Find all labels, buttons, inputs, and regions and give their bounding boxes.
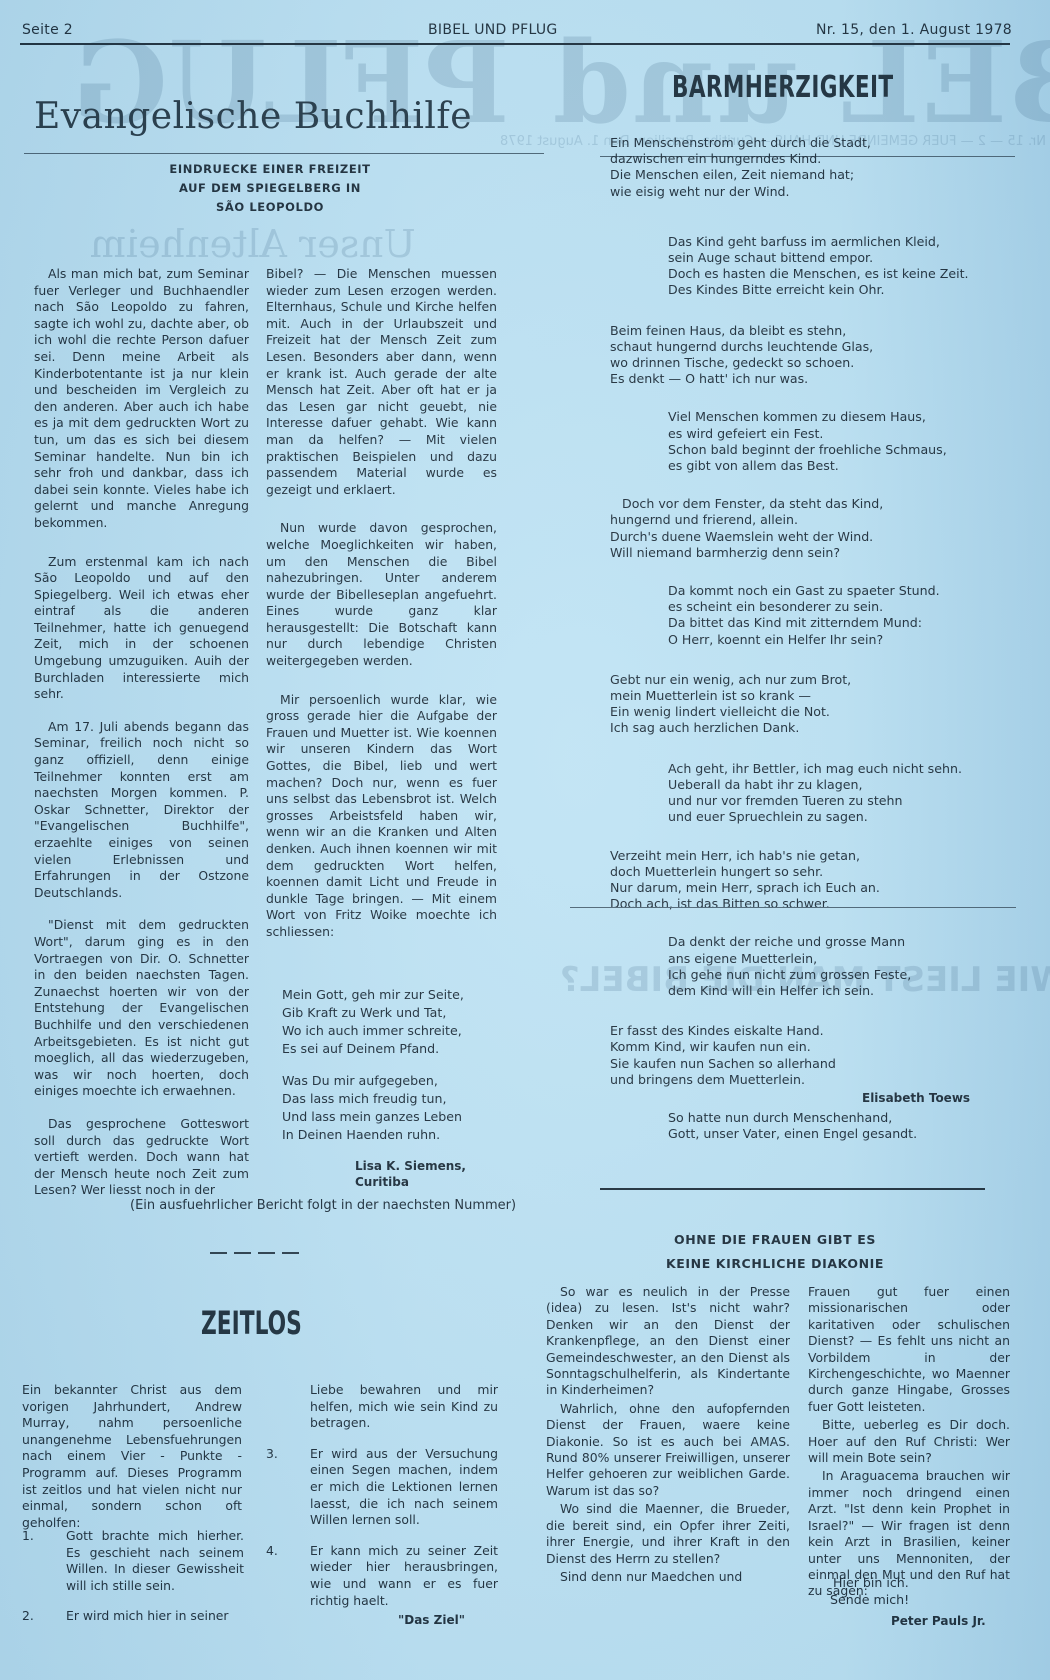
poem-line: Die Menschen eilen, Zeit niemand hat;: [610, 167, 969, 183]
divider: [24, 153, 544, 154]
poem-line: Nur darum, mein Herr, sprach ich Euch an…: [610, 880, 969, 896]
page-number: Seite 2: [22, 22, 73, 38]
poem-line: es gibt von allem das Best.: [668, 458, 969, 474]
poem-line: Gebt nur ein wenig, ach nur zum Brot,: [610, 672, 969, 688]
poem-line: Das Kind geht barfuss im aermlichen Klei…: [668, 234, 969, 250]
poem-line: Mein Gott, geh mir zur Seite,: [282, 986, 464, 1004]
poem-stanza: Ach geht, ihr Bettler, ich mag euch nich…: [610, 761, 969, 826]
zeitlos-list-col1: 1. Gott brachte mich hierher. Es geschie…: [18, 1528, 244, 1639]
poem-line: dazwischen ein hungerndes Kind.: [610, 151, 969, 167]
zeitlos-list-col2: Liebe bewahren und mir helfen, mich wie …: [262, 1382, 498, 1623]
poem-line: Des Kindes Bitte erreicht kein Ohr.: [668, 282, 969, 298]
poem-line: wie eisig weht nur der Wind.: [610, 184, 969, 200]
poem-stanza: So hatte nun durch Menschenhand,Gott, un…: [610, 1110, 969, 1142]
list-number: 3.: [262, 1446, 310, 1529]
poem-line: O Herr, koennt ein Helfer Ihr sein?: [668, 632, 969, 648]
list-item: Liebe bewahren und mir helfen, mich wie …: [262, 1382, 498, 1432]
subtitle-line: EINDRUECKE EINER FREIZEIT: [120, 160, 420, 179]
list-number: [262, 1382, 310, 1432]
list-number: 1.: [18, 1528, 66, 1594]
list-text: Liebe bewahren und mir helfen, mich wie …: [310, 1382, 498, 1432]
poem-line: Und lass mein ganzes Leben: [282, 1108, 464, 1126]
author-lisa-siemens: Lisa K. Siemens, Curitiba: [355, 1158, 466, 1190]
author-peter-pauls: Peter Pauls Jr.: [891, 1613, 986, 1629]
paragraph: Frauen gut fuer einen missionarischen od…: [808, 1284, 1010, 1415]
buchhilfe-column-2: Bibel? — Die Menschen muessen wieder zum…: [266, 266, 497, 957]
poem-line: Es denkt — O hatt' ich nur was.: [610, 371, 969, 387]
poem-line: Will niemand barmherzig denn sein?: [610, 545, 969, 561]
author-place: Curitiba: [355, 1174, 466, 1190]
poem-line: Doch es hasten die Menschen, es ist kein…: [668, 266, 969, 282]
poem-line: So hatte nun durch Menschenhand,: [668, 1110, 969, 1126]
paragraph: Am 17. Juli abends begann das Seminar, f…: [34, 719, 249, 902]
poem-stanza: Da kommt noch ein Gast zu spaeter Stund.…: [610, 583, 969, 648]
list-number: 4.: [262, 1543, 310, 1609]
poem-line: dem Kind will ein Helfer ich sein.: [668, 983, 969, 999]
publication-name: BIBEL UND PFLUG: [428, 22, 558, 38]
poem-line: es wird gefeiert ein Fest.: [668, 426, 969, 442]
article-title-barmherzigkeit: BARMHERZIGKEIT: [672, 70, 894, 105]
paragraph: Wahrlich, ohne den aufopfernden Dienst d…: [546, 1401, 790, 1499]
poem-line: Er fasst des Kindes eiskalte Hand.: [610, 1023, 969, 1039]
list-text: Er wird mich hier in seiner: [66, 1608, 244, 1625]
poem-line: mein Muetterlein ist so krank —: [610, 688, 969, 704]
barmherzigkeit-poem: Ein Menschenstrom geht durch die Stadt,d…: [610, 135, 969, 1142]
subtitle-line: AUF DEM SPIEGELBERG IN: [120, 179, 420, 198]
poem-line: und bringens dem Muetterlein.: [610, 1072, 969, 1088]
paragraph: Zum erstenmal kam ich nach São Leopoldo …: [34, 554, 249, 703]
poem-stanza: Ein Menschenstrom geht durch die Stadt,d…: [610, 135, 969, 200]
newspaper-page: BIBEL und PFLUG Nr. 15 — 2 — FUER GEMEIN…: [0, 0, 1050, 1680]
poem-line: wo drinnen Tische, gedeckt so schoen.: [610, 355, 969, 371]
poem-line: sein Auge schaut bittend empor.: [668, 250, 969, 266]
paragraph: Mir persoenlich wurde klar, wie gross ge…: [266, 692, 497, 941]
article-title-zeitlos: ZEITLOS: [201, 1304, 302, 1342]
list-text: Gott brachte mich hierher. Es geschieht …: [66, 1528, 244, 1594]
buchhilfe-column-1: Als man mich bat, zum Seminar fuer Verle…: [34, 266, 249, 1199]
frauen-column-2: Frauen gut fuer einen missionarischen od…: [808, 1284, 1010, 1602]
poem-line: es scheint ein besonderer zu sein.: [668, 599, 969, 615]
poem-stanza: Er fasst des Kindes eiskalte Hand.Komm K…: [610, 1023, 969, 1088]
poem-stanza: Viel Menschen kommen zu diesem Haus,es w…: [610, 409, 969, 474]
poem-line: ans eigene Muetterlein,: [668, 951, 969, 967]
poem-line: Da bittet das Kind mit zitterndem Mund:: [668, 615, 969, 631]
source-das-ziel: "Das Ziel": [398, 1612, 465, 1628]
article-title-buchhilfe: Evangelische Buchhilfe: [34, 96, 472, 137]
author-elisabeth-toews: Elisabeth Toews: [862, 1090, 970, 1106]
list-text: Er kann mich zu seiner Zeit wieder hier …: [310, 1543, 498, 1609]
divider: [600, 1188, 985, 1190]
poem-stanza: Verzeiht mein Herr, ich hab's nie getan,…: [610, 848, 969, 913]
section-separator: [210, 1252, 300, 1254]
poem-stanza: Beim feinen Haus, da bleibt es stehn,sch…: [610, 323, 969, 388]
list-item: 1. Gott brachte mich hierher. Es geschie…: [18, 1528, 244, 1594]
poem-line: Ueberall da habt ihr zu klagen,: [668, 777, 969, 793]
poem-stanza: Das Kind geht barfuss im aermlichen Klei…: [610, 234, 969, 299]
divider: [570, 907, 1016, 908]
list-item: 4. Er kann mich zu seiner Zeit wieder hi…: [262, 1543, 498, 1609]
list-item: 3. Er wird aus der Versuchung einen Sege…: [262, 1446, 498, 1529]
paragraph: Sind denn nur Maedchen und: [546, 1569, 790, 1585]
poem-line: In Deinen Haenden ruhn.: [282, 1126, 464, 1144]
buchhilfe-poem: Mein Gott, geh mir zur Seite, Gib Kraft …: [282, 986, 464, 1144]
poem-line: Durch's duene Waemslein weht der Wind.: [610, 529, 969, 545]
article-subtitle-buchhilfe: EINDRUECKE EINER FREIZEIT AUF DEM SPIEGE…: [120, 160, 420, 217]
poem-line: Das lass mich freudig tun,: [282, 1090, 464, 1108]
poem-line: Da denkt der reiche und grosse Mann: [668, 934, 969, 950]
header-rule: [20, 43, 1010, 45]
poem-stanza: Da denkt der reiche und grosse Mannans e…: [610, 934, 969, 999]
poem-line: Doch vor dem Fenster, da steht das Kind,: [610, 496, 969, 512]
paragraph: Als man mich bat, zum Seminar fuer Verle…: [34, 266, 249, 532]
poem-line: Gib Kraft zu Werk und Tat,: [282, 1004, 464, 1022]
poem-line: Was Du mir aufgegeben,: [282, 1072, 464, 1090]
poem-line: schaut hungernd durchs leuchtende Glas,: [610, 339, 969, 355]
poem-line: Ein wenig lindert vielleicht die Not.: [610, 704, 969, 720]
paragraph: Das gesprochene Gotteswort soll durch da…: [34, 1116, 249, 1199]
paragraph: Nun wurde davon gesprochen, welche Moegl…: [266, 520, 497, 669]
poem-stanza: Doch vor dem Fenster, da steht das Kind,…: [610, 496, 969, 561]
paragraph: So war es neulich in der Presse (idea) z…: [546, 1284, 790, 1399]
closing-line: Hier bin ich.: [830, 1575, 909, 1592]
poem-line: und euer Spruechlein zu sagen.: [668, 809, 969, 825]
zeitlos-intro: Ein bekannter Christ aus dem vorigen Jah…: [22, 1382, 242, 1547]
issue-date: Nr. 15, den 1. August 1978: [816, 22, 1012, 38]
title-line: OHNE DIE FRAUEN GIBT ES: [590, 1228, 960, 1252]
poem-line: Schon bald beginnt der froehliche Schmau…: [668, 442, 969, 458]
poem-line: Da kommt noch ein Gast zu spaeter Stund.: [668, 583, 969, 599]
article-title-frauen: OHNE DIE FRAUEN GIBT ES KEINE KIRCHLICHE…: [590, 1228, 960, 1276]
author-name: Lisa K. Siemens,: [355, 1158, 466, 1174]
poem-line: Ich sag auch herzlichen Dank.: [610, 720, 969, 736]
title-line: KEINE KIRCHLICHE DIAKONIE: [590, 1252, 960, 1276]
poem-stanza: Gebt nur ein wenig, ach nur zum Brot,mei…: [610, 672, 969, 737]
poem-line: Doch ach, ist das Bitten so schwer.: [610, 896, 969, 912]
poem-line: Komm Kind, wir kaufen nun ein.: [610, 1039, 969, 1055]
paragraph: "Dienst mit dem gedruckten Wort", darum …: [34, 917, 249, 1100]
poem-line: Es sei auf Deinem Pfand.: [282, 1040, 464, 1058]
closing-line: Sende mich!: [830, 1592, 909, 1609]
poem-line: Ein Menschenstrom geht durch die Stadt,: [610, 135, 969, 151]
poem-line: Sie kaufen nun Sachen so allerhand: [610, 1056, 969, 1072]
poem-line: Wo ich auch immer schreite,: [282, 1022, 464, 1040]
frauen-column-1: So war es neulich in der Presse (idea) z…: [546, 1284, 790, 1601]
paragraph: Ein bekannter Christ aus dem vorigen Jah…: [22, 1382, 242, 1531]
poem-line: hungernd und frierend, allein.: [610, 512, 969, 528]
list-number: 2.: [18, 1608, 66, 1625]
list-item: 2. Er wird mich hier in seiner: [18, 1608, 244, 1625]
frauen-closing: Hier bin ich. Sende mich!: [830, 1575, 909, 1608]
poem-line: Beim feinen Haus, da bleibt es stehn,: [610, 323, 969, 339]
continuation-note: (Ein ausfuehrlicher Bericht folgt in der…: [130, 1198, 516, 1213]
paragraph: Wo sind die Maenner, die Brueder, die be…: [546, 1501, 790, 1567]
poem-line: Viel Menschen kommen zu diesem Haus,: [668, 409, 969, 425]
bleed-through-heading: Unser Altenheim: [90, 222, 416, 266]
paragraph: Bitte, ueberleg es Dir doch. Hoer auf de…: [808, 1417, 1010, 1466]
poem-line: Ach geht, ihr Bettler, ich mag euch nich…: [668, 761, 969, 777]
list-text: Er wird aus der Versuchung einen Segen m…: [310, 1446, 498, 1529]
paragraph: Bibel? — Die Menschen muessen wieder zum…: [266, 266, 497, 498]
poem-line: und nur vor fremden Tueren zu stehn: [668, 793, 969, 809]
poem-line: doch Muetterlein hungert so sehr.: [610, 864, 969, 880]
poem-line: Gott, unser Vater, einen Engel gesandt.: [668, 1126, 969, 1142]
subtitle-line: SÃO LEOPOLDO: [120, 198, 420, 217]
poem-line: Verzeiht mein Herr, ich hab's nie getan,: [610, 848, 969, 864]
poem-line: Ich gehe nun nicht zum grossen Feste,: [668, 967, 969, 983]
